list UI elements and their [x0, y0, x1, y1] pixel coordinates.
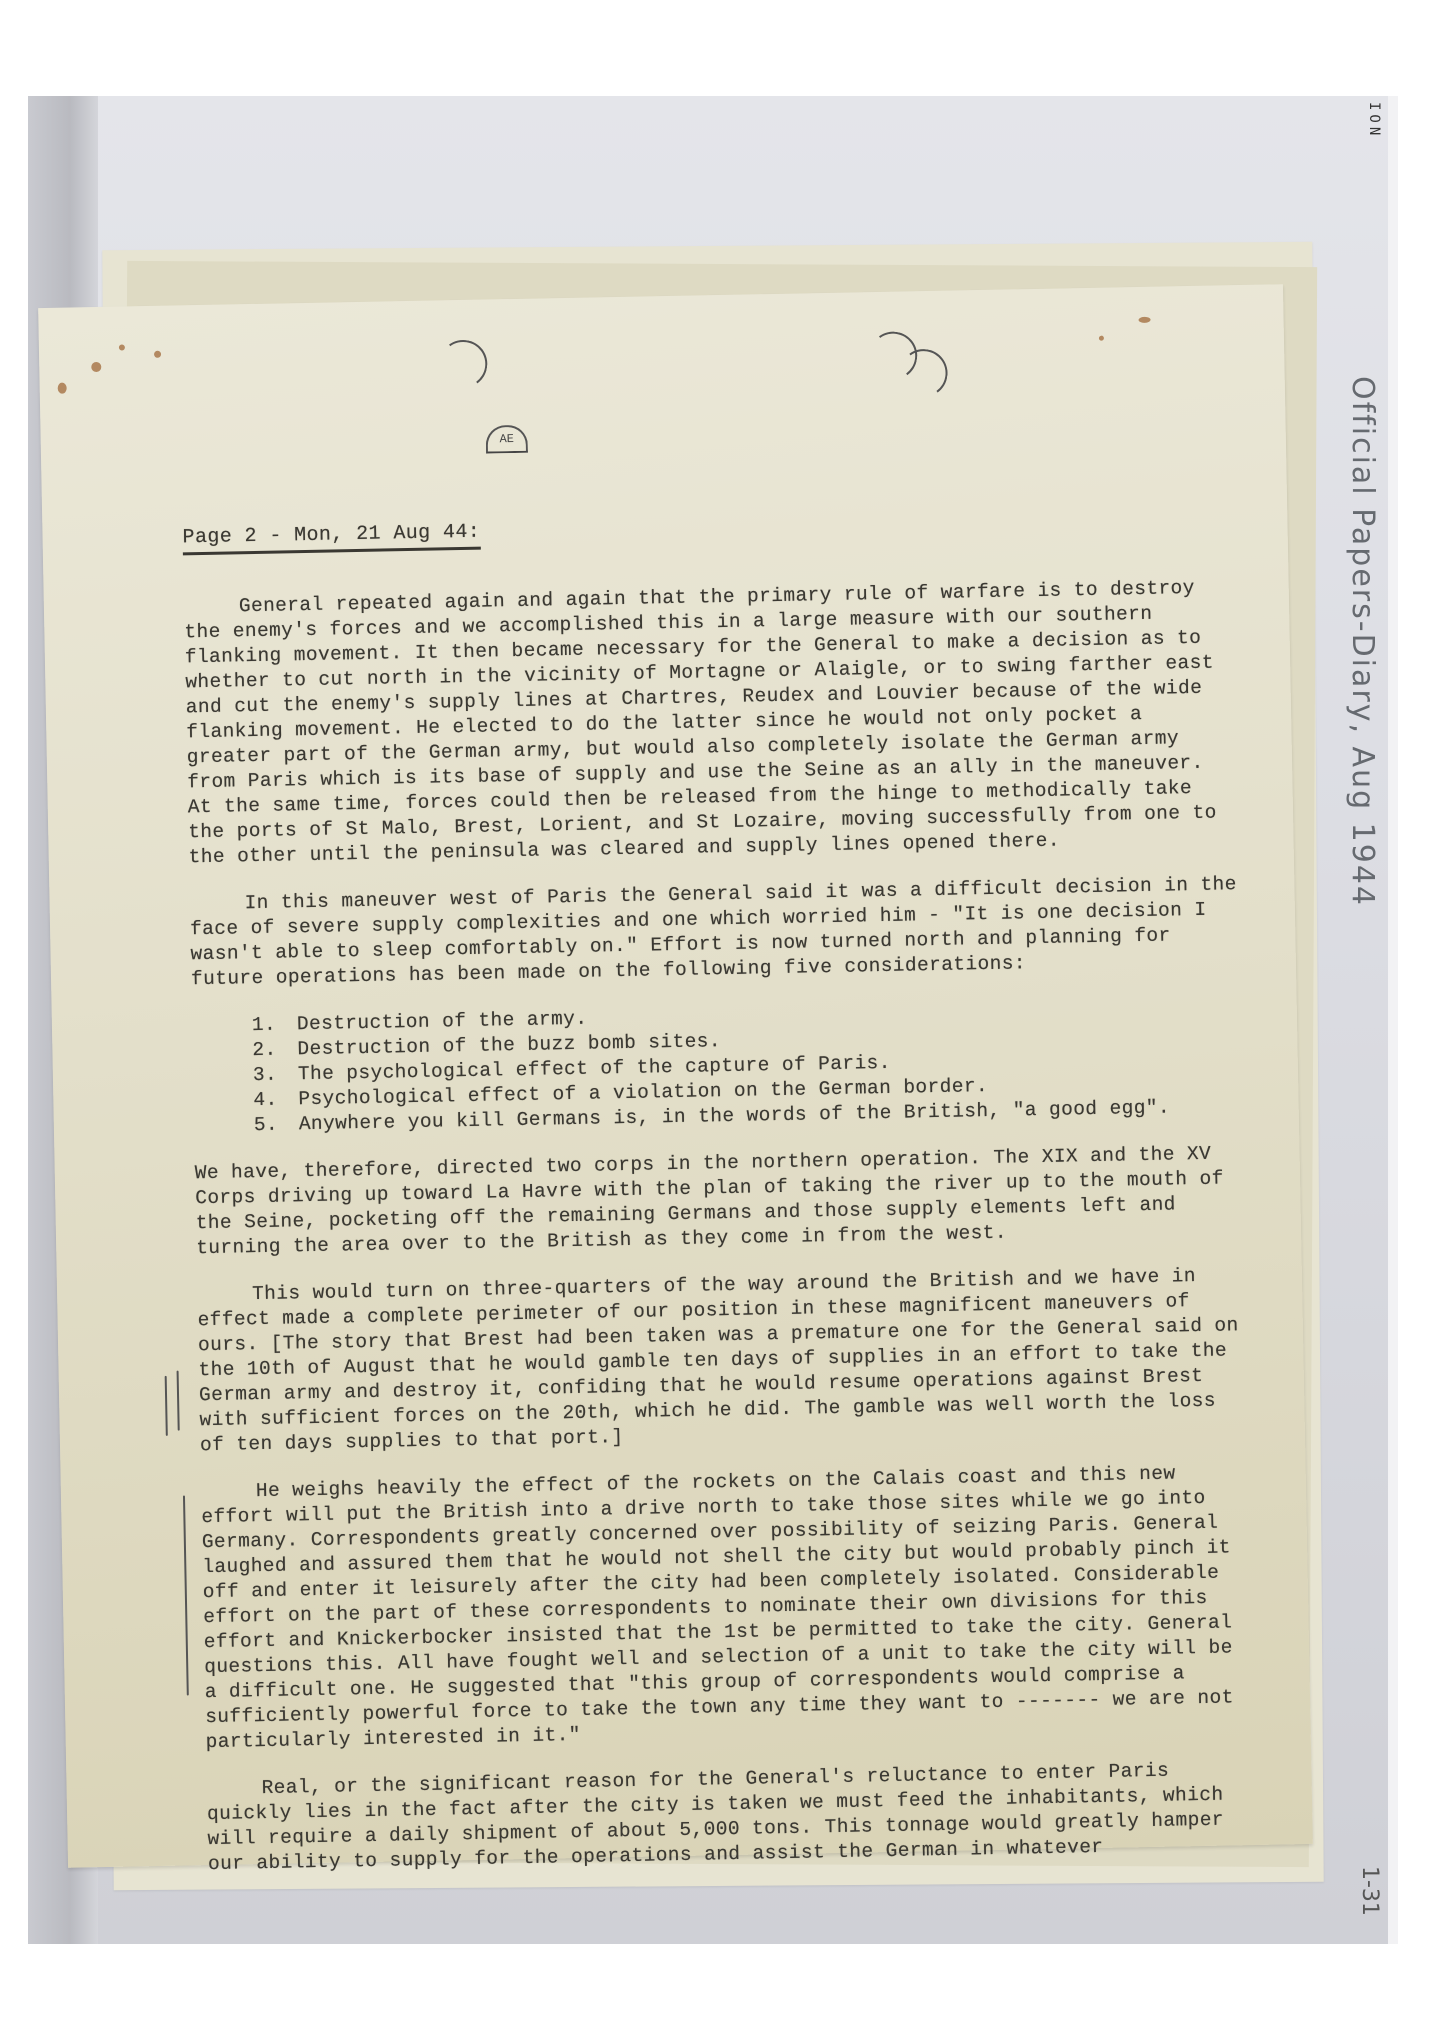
rust-stain: [154, 351, 161, 358]
rust-stain: [58, 383, 67, 394]
paragraph: He weighs heavily the effect of the rock…: [201, 1460, 1256, 1755]
considerations-list: 1.Destruction of the army. 2.Destruction…: [252, 994, 1244, 1138]
margin-mark: [177, 1371, 180, 1431]
handwritten-spine-label: Official Papers-Diary, Aug 1944: [1345, 376, 1380, 907]
document-body: Page 2 - Mon, 21 Aug 44: General repeate…: [182, 505, 1258, 1899]
archive-stamp: AE: [485, 425, 528, 454]
page-heading: Page 2 - Mon, 21 Aug 44:: [182, 520, 480, 556]
paragraph: General repeated again and again that th…: [184, 575, 1239, 870]
handwritten-page-ref: 1-31: [1357, 1866, 1382, 1916]
paragraph: Real, or the significant reason for the …: [206, 1757, 1258, 1877]
margin-mark: [165, 1376, 168, 1436]
document-photo: AE Page 2 - Mon, 21 Aug 44: General repe…: [28, 96, 1398, 1944]
folder-right-edge: [1388, 96, 1398, 1944]
folder-corner-label: ION: [1366, 102, 1382, 139]
typed-page: AE Page 2 - Mon, 21 Aug 44: General repe…: [38, 284, 1313, 1868]
rust-stain: [1139, 317, 1151, 323]
punch-hole: [436, 337, 491, 392]
paragraph: We have, therefore, directed two corps i…: [195, 1141, 1247, 1261]
paragraph: This would turn on three-quarters of the…: [197, 1263, 1250, 1458]
rust-stain: [1099, 336, 1104, 341]
rust-stain: [91, 362, 101, 372]
rust-stain: [119, 344, 125, 350]
margin-mark: [183, 1495, 189, 1695]
paragraph: In this maneuver west of Paris the Gener…: [189, 872, 1241, 992]
